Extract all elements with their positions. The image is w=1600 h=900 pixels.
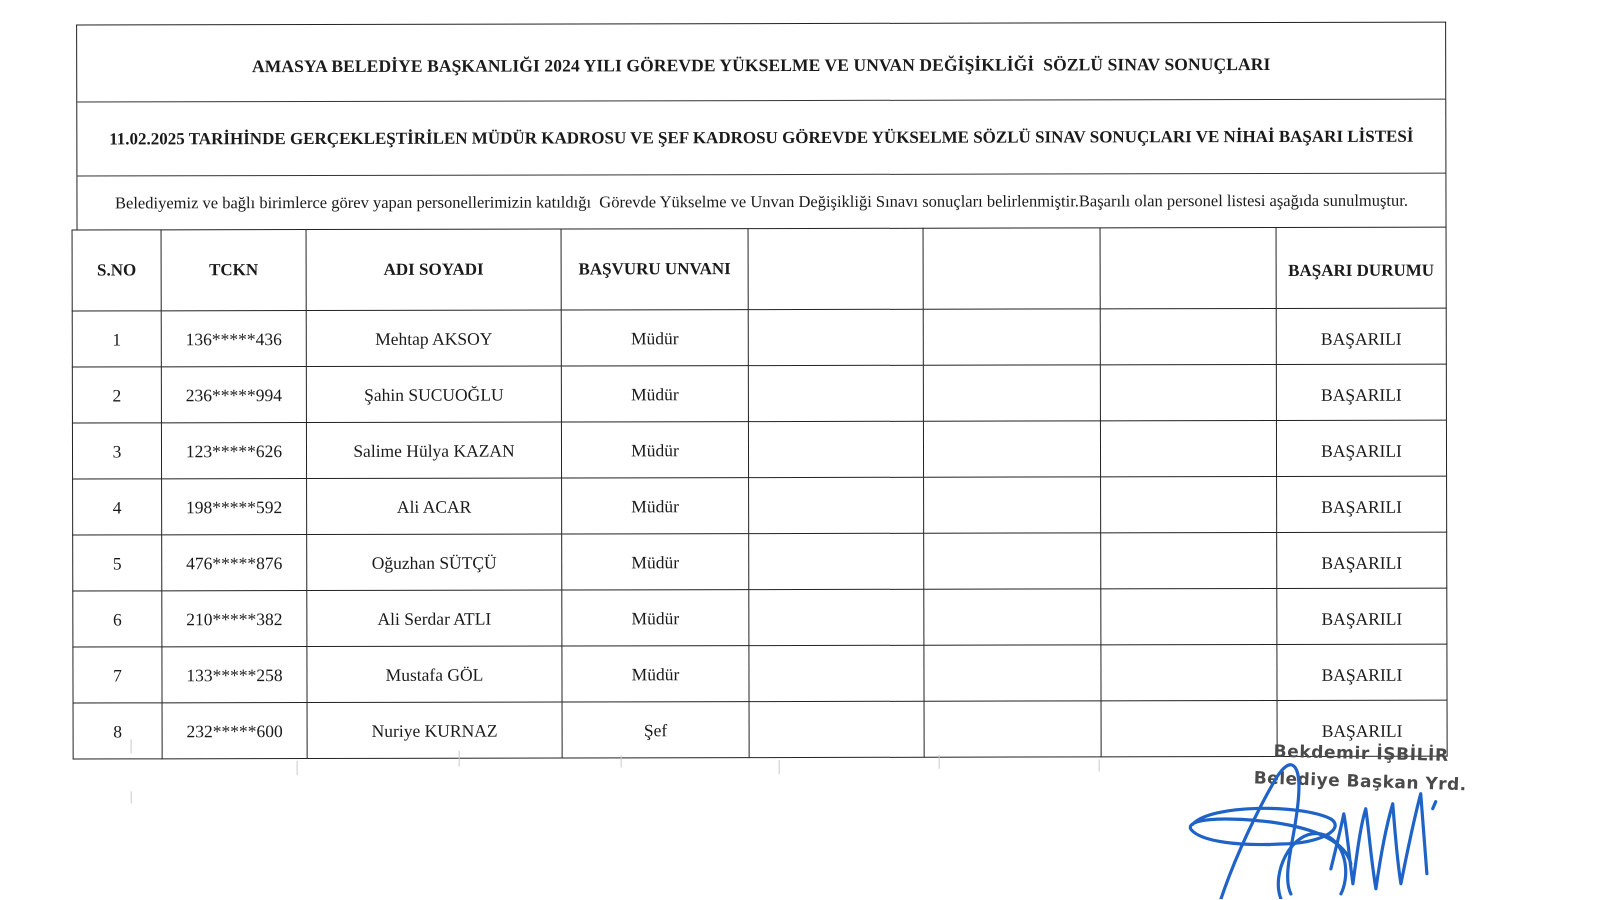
scan-artifact: [297, 761, 298, 775]
scan-artifact: [1099, 759, 1100, 771]
cell-name: Mehtap AKSOY: [306, 310, 561, 367]
scan-artifact: [131, 791, 132, 803]
cell-name: Nuriye KURNAZ: [307, 702, 562, 759]
cell-blank-2: [924, 701, 1101, 757]
cell-name: Ali ACAR: [307, 478, 562, 535]
table-header-row: S.NO TCKN ADI SOYADI BAŞVURU UNVANI BAŞA…: [72, 227, 1446, 311]
header-sno: S.NO: [72, 230, 161, 311]
cell-blank-1: [748, 421, 923, 477]
cell-status: BAŞARILI: [1277, 476, 1447, 532]
cell-tckn: 123*****626: [161, 423, 306, 479]
cell-blank-2: [923, 309, 1100, 365]
cell-sno: 8: [73, 703, 162, 759]
cell-position: Müdür: [562, 478, 749, 534]
cell-position: Müdür: [562, 590, 749, 646]
cell-blank-1: [749, 645, 924, 701]
cell-status: BAŞARILI: [1276, 364, 1446, 420]
cell-position: Müdür: [561, 422, 748, 478]
cell-tckn: 476*****876: [162, 535, 307, 591]
document-intro-text: Belediyemiz ve bağlı birimlerce görev ya…: [77, 174, 1445, 230]
cell-blank-1: [749, 533, 924, 589]
cell-blank-3: [1101, 533, 1277, 589]
table-row: 3123*****626Salime Hülya KAZANMüdürBAŞAR…: [72, 420, 1446, 479]
scan-artifact: [131, 739, 132, 753]
cell-sno: 5: [73, 535, 162, 591]
cell-position: Müdür: [561, 310, 748, 366]
cell-name: Mustafa GÖL: [307, 646, 562, 703]
cell-tckn: 210*****382: [162, 591, 307, 647]
signature-block: Bekdemir İŞBİLİR Belediye Başkan Yrd.: [1181, 734, 1501, 900]
cell-name: Ali Serdar ATLI: [307, 590, 562, 647]
cell-sno: 4: [73, 479, 162, 535]
cell-blank-2: [923, 421, 1100, 477]
cell-blank-3: [1100, 421, 1276, 477]
cell-blank-2: [924, 477, 1101, 533]
results-table: S.NO TCKN ADI SOYADI BAŞVURU UNVANI BAŞA…: [72, 227, 1448, 760]
cell-blank-1: [749, 701, 924, 757]
cell-sno: 6: [73, 591, 162, 647]
cell-tckn: 232*****600: [162, 703, 307, 759]
cell-blank-3: [1101, 477, 1277, 533]
cell-position: Müdür: [561, 366, 748, 422]
handwritten-signature-icon: [1181, 734, 1501, 900]
header-blank-1: [748, 228, 923, 309]
cell-blank-2: [923, 365, 1100, 421]
cell-blank-1: [748, 365, 923, 421]
cell-blank-3: [1101, 589, 1277, 645]
scan-artifact: [459, 751, 460, 767]
cell-blank-1: [749, 477, 924, 533]
header-blank-2: [923, 228, 1100, 309]
header-status: BAŞARI DURUMU: [1276, 227, 1446, 308]
document-page: AMASYA BELEDİYE BAŞKANLIĞI 2024 YILI GÖR…: [0, 0, 1600, 900]
cell-blank-2: [924, 589, 1101, 645]
cell-blank-3: [1100, 309, 1276, 365]
cell-position: Müdür: [562, 646, 749, 702]
scan-artifact: [939, 755, 940, 769]
header-position: BAŞVURU UNVANI: [561, 229, 748, 310]
cell-name: Şahin SUCUOĞLU: [306, 366, 561, 423]
cell-blank-1: [749, 589, 924, 645]
header-blank-3: [1100, 228, 1276, 309]
table-row: 2236*****994Şahin SUCUOĞLUMüdürBAŞARILI: [72, 364, 1446, 423]
cell-tckn: 136*****436: [161, 311, 306, 367]
scan-artifact: [621, 755, 622, 767]
cell-sno: 7: [73, 647, 162, 703]
table-row: 5476*****876Oğuzhan SÜTÇÜMüdürBAŞARILI: [73, 532, 1447, 591]
table-row: 4198*****592Ali ACARMüdürBAŞARILI: [73, 476, 1447, 535]
document-title: AMASYA BELEDİYE BAŞKANLIĞI 2024 YILI GÖR…: [77, 23, 1445, 103]
cell-blank-3: [1101, 645, 1277, 701]
cell-status: BAŞARILI: [1277, 644, 1447, 700]
cell-name: Oğuzhan SÜTÇÜ: [307, 534, 562, 591]
cell-status: BAŞARILI: [1277, 532, 1447, 588]
document-subtitle: 11.02.2025 TARİHİNDE GERÇEKLEŞTİRİLEN MÜ…: [77, 100, 1445, 177]
cell-position: Şef: [562, 702, 749, 758]
cell-sno: 3: [72, 423, 161, 479]
table-row: 1136*****436Mehtap AKSOYMüdürBAŞARILI: [72, 308, 1446, 367]
cell-status: BAŞARILI: [1276, 308, 1446, 364]
header-tckn: TCKN: [161, 230, 306, 311]
document-header-frame: AMASYA BELEDİYE BAŞKANLIĞI 2024 YILI GÖR…: [76, 22, 1446, 230]
cell-sno: 1: [72, 311, 161, 367]
cell-status: BAŞARILI: [1277, 588, 1447, 644]
cell-sno: 2: [72, 367, 161, 423]
table-row: 7133*****258Mustafa GÖLMüdürBAŞARILI: [73, 644, 1447, 703]
cell-name: Salime Hülya KAZAN: [306, 422, 561, 479]
cell-position: Müdür: [562, 534, 749, 590]
cell-blank-1: [748, 309, 923, 365]
cell-tckn: 236*****994: [161, 367, 306, 423]
cell-blank-2: [924, 533, 1101, 589]
cell-blank-3: [1100, 365, 1276, 421]
header-name: ADI SOYADI: [306, 229, 561, 311]
cell-tckn: 198*****592: [162, 479, 307, 535]
table-row: 6210*****382Ali Serdar ATLIMüdürBAŞARILI: [73, 588, 1447, 647]
cell-status: BAŞARILI: [1276, 420, 1446, 476]
scan-artifact: [779, 760, 780, 774]
cell-blank-2: [924, 645, 1101, 701]
cell-tckn: 133*****258: [162, 647, 307, 703]
